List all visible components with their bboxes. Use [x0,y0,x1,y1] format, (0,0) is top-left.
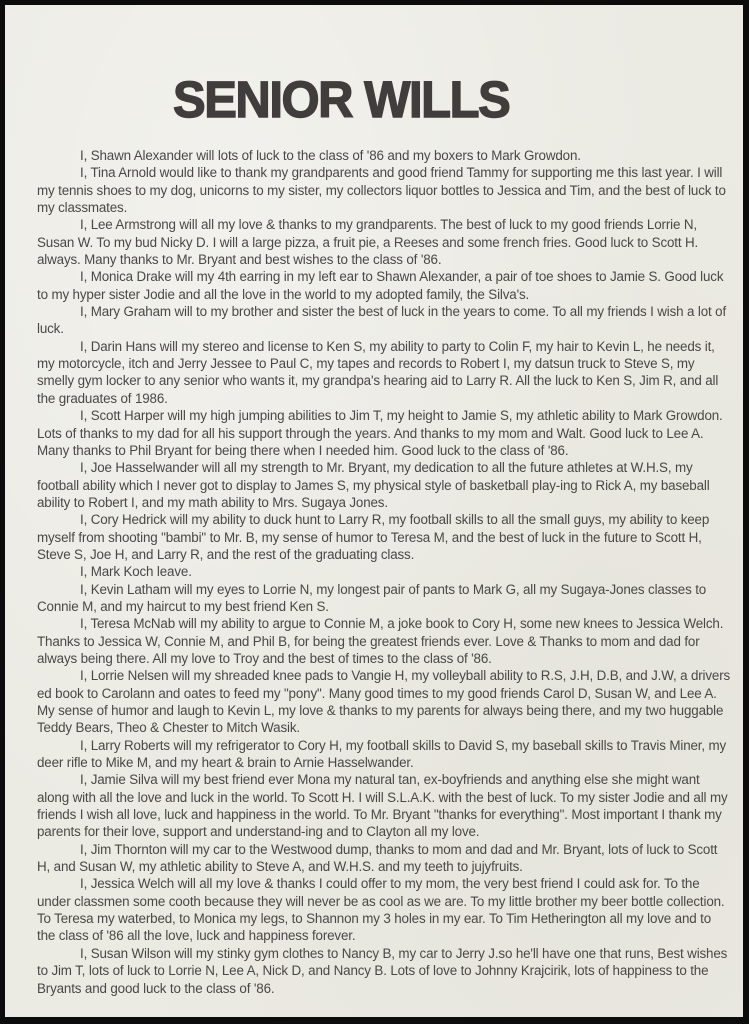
wills-list: I, Shawn Alexander will lots of luck to … [37,147,732,997]
will-entry: I, Lee Armstrong will all my love & than… [37,216,732,268]
will-entry: I, Mary Graham will to my brother and si… [37,303,732,338]
will-entry: I, Jim Thornton will my car to the Westw… [37,841,732,876]
will-entry: I, Joe Hasselwander will all my strength… [37,459,732,511]
will-entry: I, Scott Harper will my high jumping abi… [37,407,732,459]
will-entry: I, Larry Roberts will my refrigerator to… [37,737,732,772]
will-entry: I, Mark Koch leave. [37,563,732,580]
document-page: SENIOR WILLS I, Shawn Alexander will lot… [5,5,743,1017]
will-entry: I, Cory Hedrick will my ability to duck … [37,511,732,563]
will-entry: I, Susan Wilson will my stinky gym cloth… [37,945,732,997]
will-entry: I, Tina Arnold would like to thank my gr… [37,164,732,216]
will-entry: I, Kevin Latham will my eyes to Lorrie N… [37,581,732,616]
will-entry: I, Teresa McNab will my ability to argue… [37,615,732,667]
page-title: SENIOR WILLS [173,72,509,128]
will-entry: I, Jessica Welch will all my love & than… [37,875,732,944]
will-entry: I, Darin Hans will my stereo and license… [37,338,732,407]
will-entry: I, Shawn Alexander will lots of luck to … [37,147,732,164]
will-entry: I, Monica Drake will my 4th earring in m… [37,268,732,303]
will-entry: I, Lorrie Nelsen will my shreaded knee p… [37,667,732,736]
will-entry: I, Jamie Silva will my best friend ever … [37,771,732,840]
